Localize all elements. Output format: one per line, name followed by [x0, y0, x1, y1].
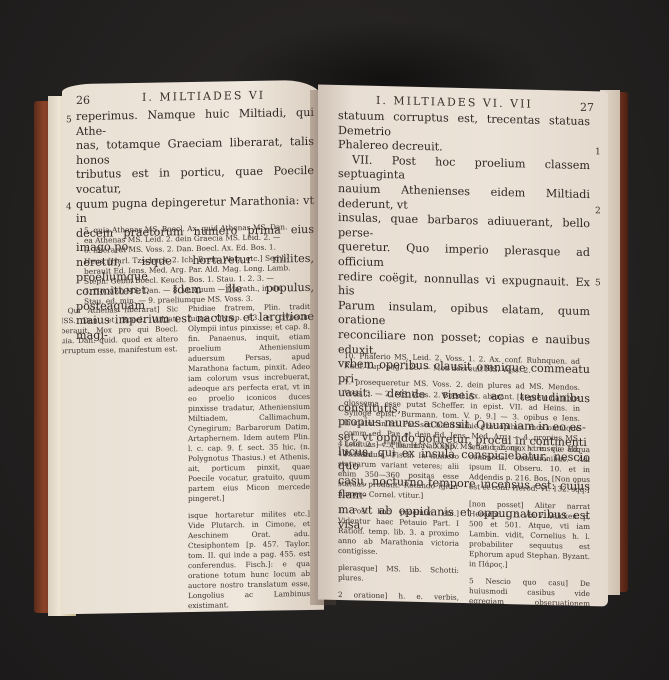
- commentary: 3 Qui Athenas liberarat] Sic MSS. Dan. e…: [62, 302, 310, 614]
- commentary: 4 [statuas] v. Plin. H. N. XXXIV. 12. Ha…: [338, 439, 590, 607]
- commentary-paragraph: 2 oratione] h. e. verbis, admonitionibus…: [338, 590, 459, 607]
- margin-number: 5: [595, 278, 601, 288]
- text-line: reperimus. Namque huic Miltiadi, qui Ath…: [76, 106, 314, 139]
- commentary-column-1: 4 [statuas] v. Plin. H. N. XXXIV. 12. Ha…: [338, 439, 459, 607]
- running-head: I. MILTIADES VI. VII: [376, 94, 533, 111]
- right-page: I. MILTIADES VI. VII 27 1 2 5 statuum co…: [318, 84, 608, 606]
- commentary-paragraph: 1 Post hoc proelium etc.] Videntur haec …: [338, 506, 459, 559]
- margin-number: 4: [66, 202, 72, 212]
- margin-number: 1: [595, 147, 601, 157]
- open-book: 26 I. MILTIADES VI 5 4 reperimus. Namque…: [0, 0, 669, 680]
- page-number: 26: [76, 94, 90, 107]
- running-head: I. MILTIADES VI: [142, 89, 265, 104]
- commentary-column-2: Phidiae fratrem, Plin. tradit fuisse Oly…: [188, 302, 310, 614]
- commentary-paragraph: lebat ratione, h. e. via aliqua commoda,…: [469, 442, 590, 495]
- variant-notes: 5. quia Athenas MS. Boecl. Ax. quid Athe…: [84, 222, 312, 308]
- text-line: tributus est in porticu, quae Poecile vo…: [76, 164, 314, 197]
- commentary-paragraph: Phidiae fratrem, Plin. tradit fuisse Oly…: [188, 302, 310, 504]
- commentary-paragraph: [non posset] Aliter narrat Herodot. l. c…: [469, 499, 590, 572]
- left-page: 26 I. MILTIADES VI 5 4 reperimus. Namque…: [62, 80, 324, 615]
- note-paragraph: 10. Phalerio MS. Leid. 2. Voss. 1. 2. Ax…: [344, 351, 580, 377]
- page-number: 27: [580, 101, 594, 114]
- text-line: nas, totamque Graeciam liberarat, talis …: [76, 135, 314, 168]
- commentary-column-1: 3 Qui Athenas liberarat] Sic MSS. Dan. e…: [62, 304, 178, 614]
- commentary-paragraph: 5 Nescio quo casu] De huiusmodi casibus …: [469, 576, 590, 606]
- commentary-column-2: lebat ratione, h. e. via aliqua commoda,…: [469, 442, 590, 606]
- commentary-paragraph: 4 [statuas] v. Plin. H. N. XXXIV. 12. Ha…: [338, 439, 459, 502]
- commentary-paragraph: isque hortaretur milites etc.] Vide Plut…: [188, 509, 310, 611]
- margin-number: 2: [595, 206, 601, 216]
- commentary-paragraph: 3 Qui Athenas liberarat] Sic MSS. Dan. e…: [62, 304, 178, 356]
- commentary-paragraph: plerasque] MS. lib. Schotti: plures.: [338, 563, 459, 586]
- margin-number: 5: [66, 115, 72, 125]
